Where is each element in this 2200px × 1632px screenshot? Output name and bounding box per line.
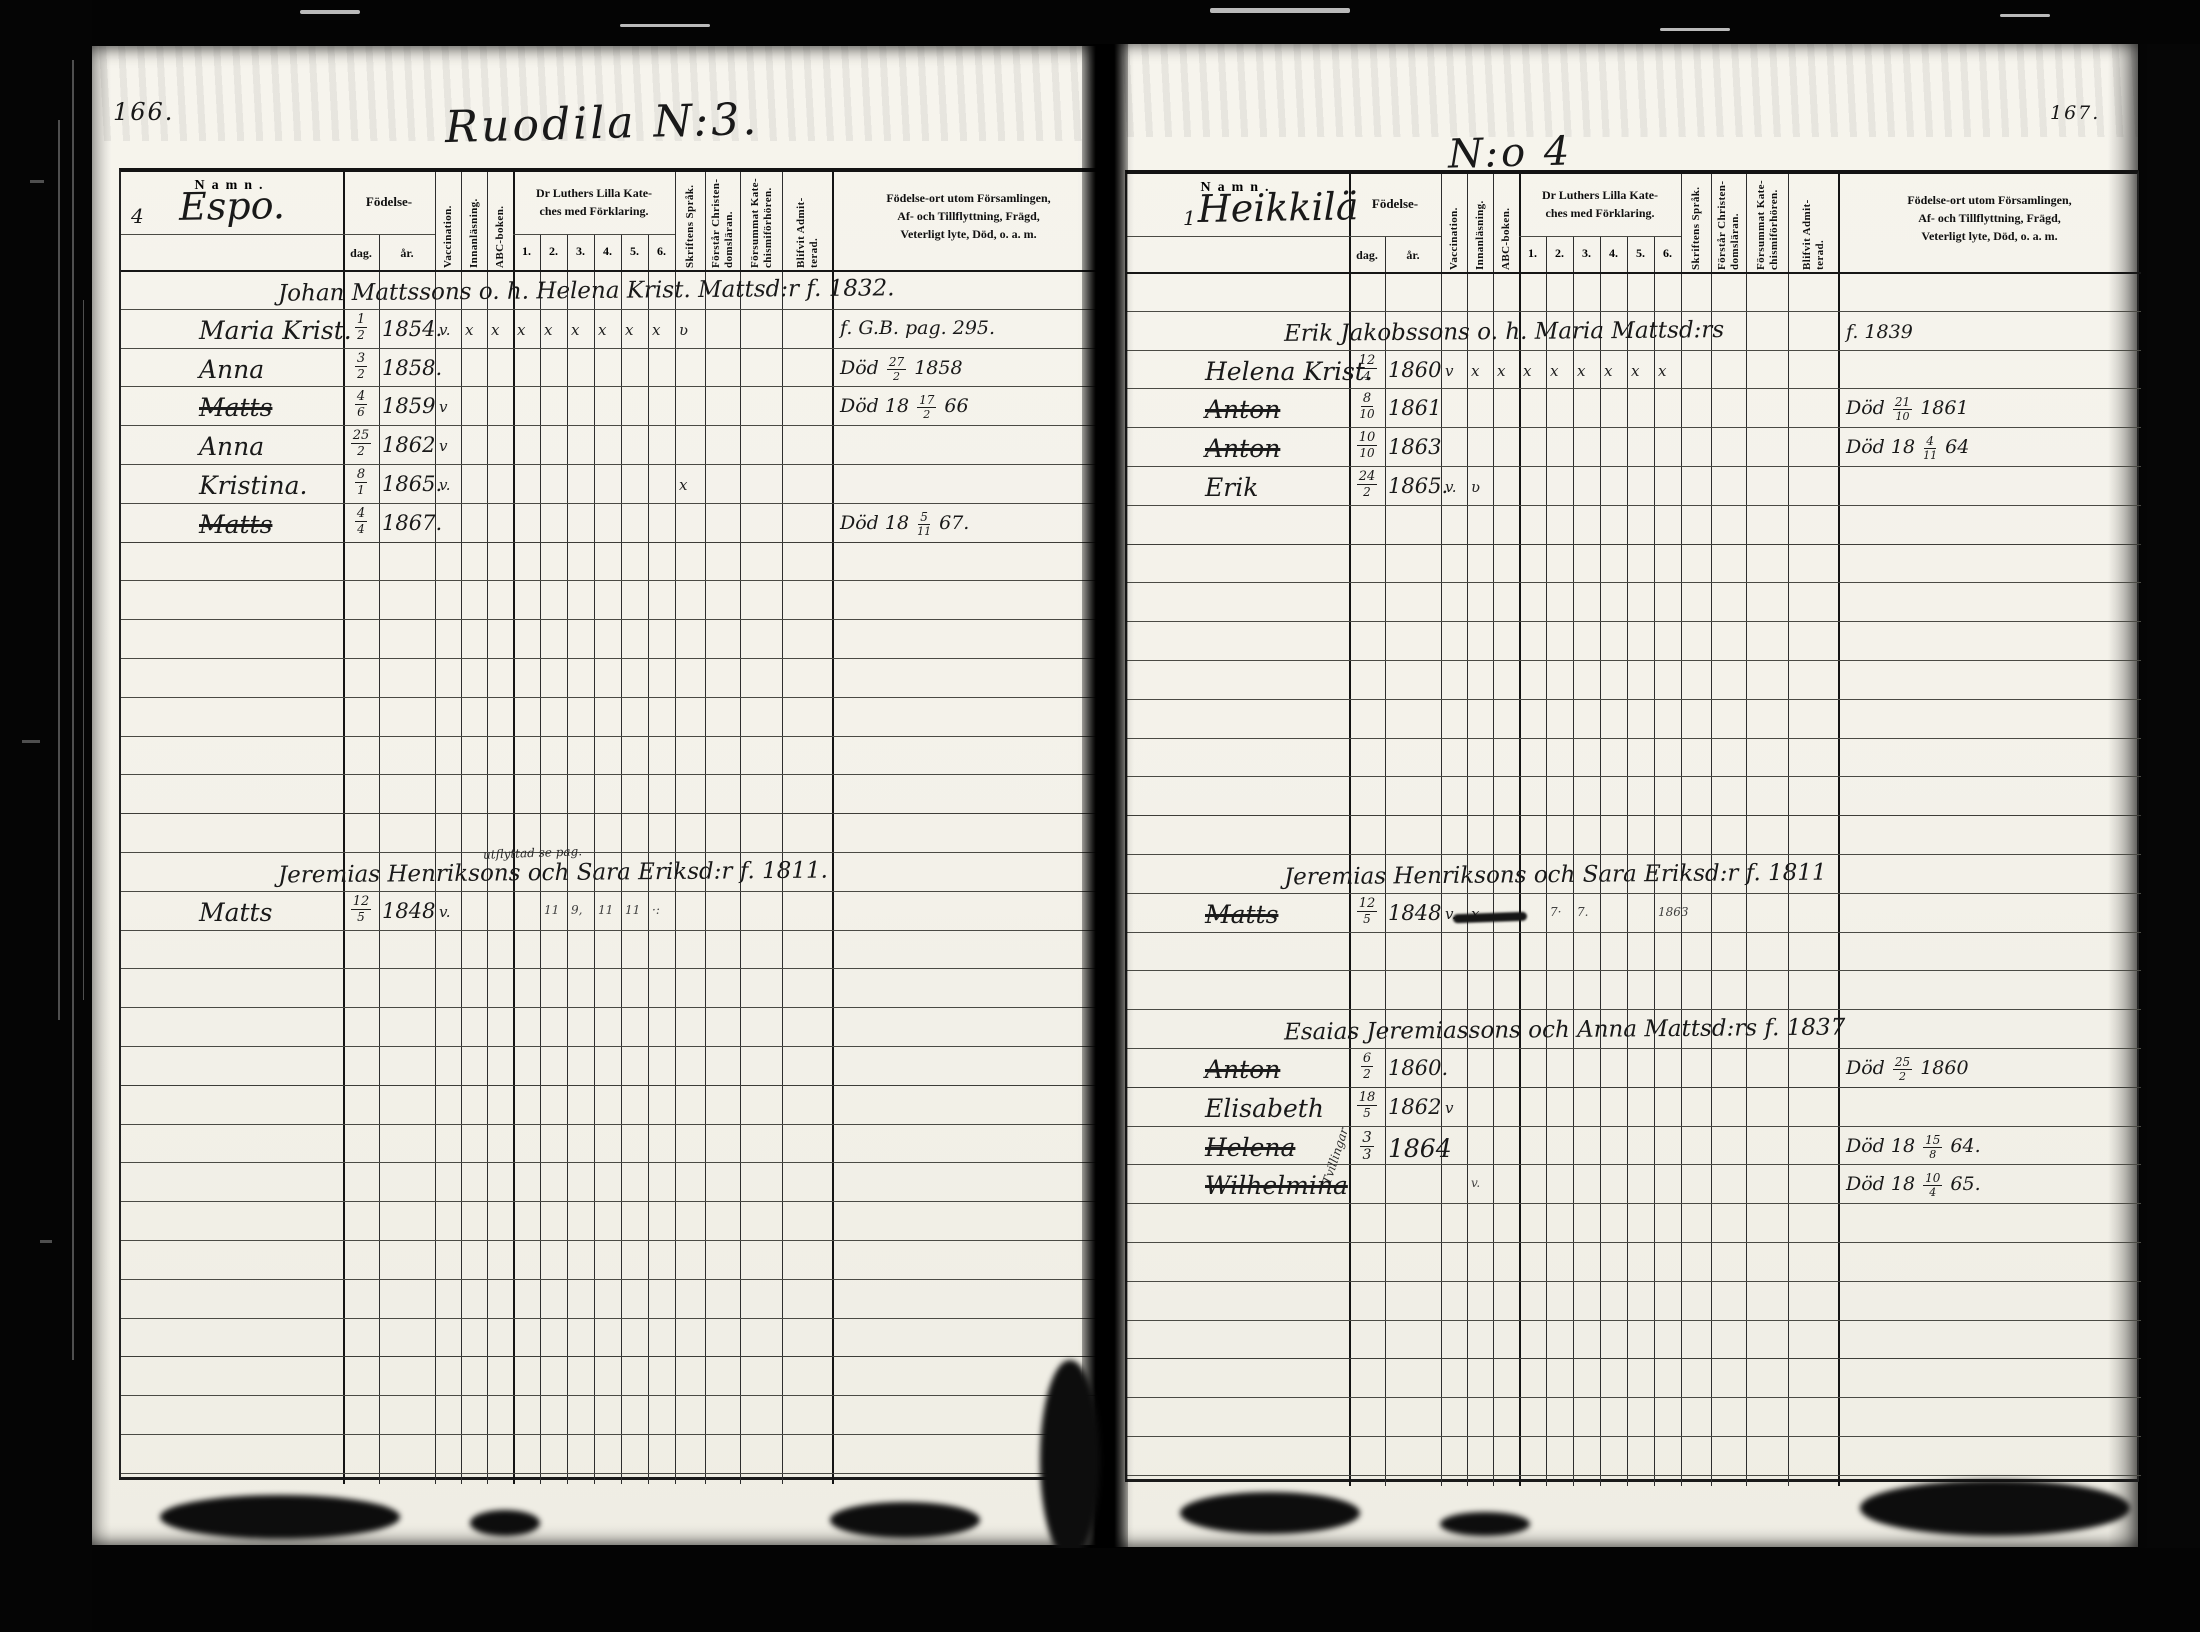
- katekes-number-4: 4.: [1600, 246, 1627, 261]
- column-header-forsummat-line2: chismiförhören.: [762, 174, 774, 268]
- mark-inn: v.: [1471, 1176, 1480, 1190]
- entry-name: Elisabeth: [1205, 1094, 1324, 1123]
- birth-year: 1862: [1388, 1095, 1441, 1119]
- mark-k5: x: [625, 321, 633, 339]
- column-line-k2: [1546, 236, 1547, 1486]
- katekes-number-5: 5.: [1627, 246, 1654, 261]
- birth-year: 1862: [382, 433, 435, 457]
- row-line: [1127, 1048, 2141, 1049]
- row-line: [121, 1356, 1105, 1357]
- birth-day-fraction: 252: [343, 429, 379, 457]
- column-header-skriftens-text: Skriftens Språk.: [1690, 176, 1702, 270]
- column-header-notes-line1: Födelse-ort utom Församlingen,: [832, 190, 1105, 207]
- row-line: [121, 425, 1105, 426]
- row-line: [1127, 776, 2141, 777]
- column-line-blifvit: [1788, 174, 1789, 1486]
- column-header-abc-boken: ABC-boken.: [487, 174, 513, 268]
- entry-name: Helena: [1205, 1133, 1295, 1162]
- birth-day-fraction: 125: [1349, 897, 1385, 925]
- row-line: [121, 1162, 1105, 1163]
- row-line: [121, 697, 1105, 698]
- katekes-number-4: 4.: [594, 244, 621, 259]
- birth-year: 1854.: [382, 317, 442, 341]
- row-line: [1127, 350, 2141, 351]
- scan-left-edge: [0, 0, 92, 1632]
- scan-streak: [2000, 14, 2050, 17]
- birth-day-fraction: 242: [1349, 470, 1385, 498]
- death-note: Död 252 1860: [1846, 1056, 1969, 1082]
- row-line: [121, 309, 1105, 310]
- column-header-forsummat-line2: chismiförhören.: [1768, 176, 1780, 270]
- header-bottom-rule: [121, 270, 1105, 272]
- column-line-forstar: [1711, 174, 1712, 1486]
- birth-year: 1860.: [1388, 1056, 1448, 1080]
- entry-name: Matts: [1205, 900, 1278, 929]
- birth-year: 1863: [1388, 435, 1441, 459]
- column-header-blifvit-line1: Blifvit Admit-: [1801, 176, 1813, 270]
- mark-k2: 11: [544, 903, 559, 917]
- birth-day-fraction: 32: [343, 352, 379, 380]
- column-header-ar: år.: [1385, 248, 1441, 263]
- birth-year: 1860: [1388, 358, 1441, 382]
- mark-inn: ʋ: [1471, 478, 1480, 496]
- katekes-number-3: 3.: [567, 244, 594, 259]
- column-line-notes: [832, 172, 834, 1484]
- katekes-number-6: 6.: [648, 244, 675, 259]
- page-number: 166.: [113, 98, 174, 126]
- column-line-ar: [1385, 236, 1386, 1486]
- mark-k3: 9,: [571, 903, 582, 917]
- fodelse-divider: [1127, 236, 1441, 237]
- row-line: [1127, 1164, 2141, 1165]
- fodelse-divider: [121, 234, 435, 235]
- birth-day-fraction: 46: [343, 390, 379, 418]
- row-line: [1127, 815, 2141, 816]
- entry-name: Matts: [199, 898, 272, 927]
- birth-year: 1848: [382, 899, 435, 923]
- row-line: [1127, 1281, 2141, 1282]
- column-header-notes-line2: Af- och Tillflyttning, Frägd,: [832, 208, 1105, 225]
- column-line-notes: [1838, 174, 1840, 1486]
- katekes-divider: [513, 234, 675, 235]
- row-line: [1127, 738, 2141, 739]
- household-name: Heikkilä: [1127, 184, 1390, 233]
- column-header-vaccination-text: Vaccination.: [442, 174, 454, 268]
- mark-vacc: v.: [439, 476, 450, 494]
- row-line: [1127, 311, 2141, 312]
- column-line-forstar: [705, 172, 706, 1484]
- column-header-dag: dag.: [343, 246, 379, 261]
- row-line: [1127, 1242, 2141, 1243]
- birth-year: 1865.: [1388, 474, 1448, 498]
- page-title: Ruodila N:3.: [444, 94, 759, 153]
- scan-streak: [620, 24, 710, 27]
- row-line: [1127, 466, 2141, 467]
- row-line: [121, 1124, 1105, 1125]
- mark-k1: x: [1523, 362, 1531, 380]
- mark-k6: x: [652, 321, 660, 339]
- row-line: [1127, 388, 2141, 389]
- column-header-notes-line1: Födelse-ort utom Församlingen,: [1838, 192, 2141, 209]
- page-number: 167.: [2050, 102, 2100, 124]
- birth-day-fraction: 1010: [1349, 431, 1385, 459]
- mark-k2: 7·: [1550, 905, 1561, 919]
- row-line: [1127, 699, 2141, 700]
- birth-day-fraction: 81: [343, 468, 379, 496]
- row-line: [121, 930, 1105, 931]
- mark-k6: 1863: [1658, 905, 1689, 919]
- row-line: [121, 852, 1105, 853]
- row-line: [1127, 660, 2141, 661]
- mark-k6: x: [1658, 362, 1666, 380]
- mark-vacc: v.: [1445, 478, 1456, 496]
- entry-name: Anton: [1205, 395, 1280, 424]
- scanned-church-record: 166. Ruodila N:3. Namn.Födelse-dag.år.Va…: [0, 0, 2200, 1632]
- column-line-abc: [1493, 174, 1494, 1486]
- birth-day-fraction: 33: [1349, 1130, 1385, 1162]
- column-header-blifvit-line2: terad.: [808, 174, 820, 268]
- row-line: [1127, 1087, 2141, 1088]
- column-header-forstar-line2: domsläran.: [1729, 176, 1741, 270]
- row-line: [121, 891, 1105, 892]
- column-header-dag: dag.: [1349, 248, 1385, 263]
- scan-streak: [1210, 8, 1350, 13]
- scan-top-edge: [0, 0, 2200, 44]
- scan-smudge: [1860, 1480, 2130, 1536]
- record-table-right: Namn.Födelse-dag.år.Vaccination.Innanläs…: [1125, 170, 2139, 1482]
- mark-k4: 11: [598, 903, 613, 917]
- katekes-number-6: 6.: [1654, 246, 1681, 261]
- column-header-skriftens: Skriftens Språk.: [675, 174, 705, 268]
- row-line: [121, 968, 1105, 969]
- header-bottom-rule: [1127, 272, 2141, 274]
- mark-k2: x: [1550, 362, 1558, 380]
- row-line: [121, 464, 1105, 465]
- birth-year: 1867.: [382, 511, 442, 535]
- row-line: [121, 542, 1105, 543]
- row-line: [1127, 621, 2141, 622]
- book-binding: [1082, 38, 1128, 1550]
- birth-day-fraction: 125: [343, 895, 379, 923]
- row-line: [121, 1007, 1105, 1008]
- family-header: Jeremias Henriksons och Sara Eriksd:r f.…: [1284, 860, 1827, 891]
- row-line: [1127, 1009, 2141, 1010]
- birth-year: 1864: [1388, 1134, 1452, 1163]
- row-line: [1127, 932, 2141, 933]
- birth-year: 1858.: [382, 356, 442, 380]
- katekes-number-2: 2.: [1546, 246, 1573, 261]
- mark-vacc: v: [439, 398, 447, 416]
- birth-year: 1865.: [382, 472, 442, 496]
- birth-day-fraction: 185: [1349, 1091, 1385, 1119]
- mark-k6: ·:: [652, 903, 660, 917]
- birth-year: 1861: [1388, 396, 1441, 420]
- mark-k1: x: [517, 321, 525, 339]
- column-header-forstar: Förstår Christen-domsläran.: [705, 174, 740, 268]
- column-line-inn: [461, 172, 462, 1484]
- column-header-innanlasning: Innanläsning.: [1467, 176, 1493, 270]
- column-line-inn: [1467, 174, 1468, 1486]
- row-line: [1127, 1475, 2141, 1476]
- mark-vacc: v.: [439, 903, 450, 921]
- entry-name: Matts: [199, 510, 272, 539]
- scan-bottom-edge: [0, 1548, 2200, 1632]
- row-line: [121, 658, 1105, 659]
- birth-day-fraction: 810: [1349, 392, 1385, 420]
- mark-k4: x: [598, 321, 606, 339]
- birth-day-fraction: 44: [343, 507, 379, 535]
- household-name: Espo.: [121, 182, 344, 230]
- row-line: [1127, 582, 2141, 583]
- column-header-forsummat: Försummat Kate-chismiförhören.: [740, 174, 782, 268]
- scan-smudge: [470, 1510, 540, 1536]
- column-header-katekes-line2: ches med Förklaring.: [513, 204, 675, 219]
- column-header-blifvit-line1: Blifvit Admit-: [795, 174, 807, 268]
- mark-inn: x: [465, 321, 473, 339]
- birth-day-fraction: 124: [1349, 354, 1385, 382]
- scan-streak: [300, 10, 360, 14]
- column-header-forsummat: Försummat Kate-chismiförhören.: [1746, 176, 1788, 270]
- left-page: 166. Ruodila N:3. Namn.Födelse-dag.år.Va…: [85, 46, 1100, 1545]
- mark-vacc: v: [1445, 362, 1453, 380]
- column-header-abc-boken-text: ABC-boken.: [1500, 176, 1512, 270]
- row-line: [1127, 970, 2141, 971]
- entry-name: Anna: [199, 355, 264, 384]
- record-table-left: Namn.Födelse-dag.år.Vaccination.Innanläs…: [119, 168, 1103, 1480]
- right-page: 167. N:o 4 Namn.Födelse-dag.år.Vaccinati…: [1108, 42, 2138, 1547]
- column-header-innanlasning: Innanläsning.: [461, 174, 487, 268]
- column-header-forstar-line2: domsläran.: [723, 174, 735, 268]
- mark-vacc: v: [439, 437, 447, 455]
- row-line: [121, 1201, 1105, 1202]
- row-line: [1127, 1397, 2141, 1398]
- mark-k3: x: [571, 321, 579, 339]
- row-line: [121, 1085, 1105, 1086]
- scan-smudge: [830, 1502, 980, 1538]
- column-header-forsummat-line1: Försummat Kate-: [749, 174, 761, 268]
- birth-day-fraction: 62: [1349, 1052, 1385, 1080]
- column-line-abc: [487, 172, 488, 1484]
- death-note: Död 18 104 65.: [1846, 1172, 1981, 1198]
- column-header-blifvit-line2: terad.: [1814, 176, 1826, 270]
- row-line: [121, 1279, 1105, 1280]
- column-line-blifvit: [782, 172, 783, 1484]
- column-header-innanlasning-text: Innanläsning.: [1474, 176, 1486, 270]
- row-line: [1127, 854, 2141, 855]
- row-line: [1127, 505, 2141, 506]
- column-header-abc-boken: ABC-boken.: [1493, 176, 1519, 270]
- column-header-notes-line3: Veterligt lyte, Död, o. a. m.: [1838, 228, 2141, 245]
- column-header-innanlasning-text: Innanläsning.: [468, 174, 480, 268]
- column-header-vaccination: Vaccination.: [1441, 176, 1467, 270]
- birth-year: 1859: [382, 394, 435, 418]
- row-line: [1127, 1358, 2141, 1359]
- death-note: Död 272 1858: [840, 356, 963, 382]
- mark-k2: x: [544, 321, 552, 339]
- row-line: [121, 1046, 1105, 1047]
- column-header-notes-line2: Af- och Tillflyttning, Frägd,: [1838, 210, 2141, 227]
- katekes-number-1: 1.: [513, 244, 540, 259]
- death-note: Död 18 511 67.: [840, 511, 969, 537]
- row-line: [121, 774, 1105, 775]
- entry-name: Maria Krist.: [199, 316, 352, 345]
- family-header: Erik Jakobssons o. h. Maria Mattsd:rs: [1284, 317, 1724, 347]
- mark-inn: x: [1471, 362, 1479, 380]
- column-header-forsummat-line1: Försummat Kate-: [1755, 176, 1767, 270]
- mark-k5: x: [1631, 362, 1639, 380]
- katekes-number-2: 2.: [540, 244, 567, 259]
- row-line: [121, 386, 1105, 387]
- family-header: Johan Mattssons o. h. Helena Krist. Matt…: [278, 275, 895, 306]
- row-line: [121, 813, 1105, 814]
- mark-abc: x: [491, 321, 499, 339]
- scan-smudge: [1180, 1492, 1360, 1534]
- row-line: [121, 1240, 1105, 1241]
- mark-k3: 7.: [1577, 905, 1588, 919]
- column-header-notes-line3: Veterligt lyte, Död, o. a. m.: [832, 226, 1105, 243]
- row-line: [121, 619, 1105, 620]
- mark-vacc: v: [1445, 1099, 1453, 1117]
- birth-day-fraction: 12: [343, 313, 379, 341]
- entry-name: Helena Krist.: [1205, 357, 1373, 386]
- column-line-forsummat: [1746, 174, 1747, 1486]
- column-line-skrift: [1681, 174, 1682, 1486]
- entry-name: Anna: [199, 432, 264, 461]
- entry-name: Matts: [199, 393, 272, 422]
- scan-smudge: [160, 1495, 400, 1539]
- column-header-katekes-line1: Dr Luthers Lilla Kate-: [1519, 188, 1681, 203]
- row-line: [121, 1473, 1105, 1474]
- family-header: Jeremias Henriksons och Sara Eriksd:r f.…: [278, 858, 828, 889]
- column-header-katekes-line2: ches med Förklaring.: [1519, 206, 1681, 221]
- column-header-abc-boken-text: ABC-boken.: [494, 174, 506, 268]
- scan-smudge: [1440, 1512, 1530, 1536]
- column-header-katekes-line1: Dr Luthers Lilla Kate-: [513, 186, 675, 201]
- reference-note: f. G.B. pag. 295.: [840, 317, 995, 339]
- entry-name: Anton: [1205, 434, 1280, 463]
- column-header-blifvit: Blifvit Admit-terad.: [1788, 176, 1838, 270]
- column-line-k1: [1519, 174, 1521, 1486]
- row-line: [121, 348, 1105, 349]
- mark-abc: x: [1497, 362, 1505, 380]
- mark-skrift: ʋ: [679, 321, 688, 339]
- katekes-number-5: 5.: [621, 244, 648, 259]
- column-header-vaccination-text: Vaccination.: [1448, 176, 1460, 270]
- entry-name: Erik: [1205, 473, 1258, 502]
- scan-streak: [1660, 28, 1730, 31]
- death-note: Död 18 411 64: [1846, 435, 1969, 461]
- row-line: [121, 736, 1105, 737]
- mark-k3: x: [1577, 362, 1585, 380]
- column-header-forstar: Förstår Christen-domsläran.: [1711, 176, 1746, 270]
- row-line: [121, 1318, 1105, 1319]
- column-header-skriftens: Skriftens Språk.: [1681, 176, 1711, 270]
- family-header: Esaias Jeremiassons och Anna Mattsd:rs f…: [1284, 1015, 1845, 1046]
- row-line: [1127, 544, 2141, 545]
- column-header-forstar-line1: Förstår Christen-: [710, 174, 722, 268]
- row-line: [1127, 427, 2141, 428]
- katekes-divider: [1519, 236, 1681, 237]
- entry-name: Wilhelmina: [1205, 1171, 1348, 1200]
- katekes-number-1: 1.: [1519, 246, 1546, 261]
- row-line: [121, 1395, 1105, 1396]
- death-note: Död 2110 1861: [1846, 396, 1969, 422]
- row-line: [1127, 1436, 2141, 1437]
- row-line: [121, 1434, 1105, 1435]
- row-line: [1127, 1203, 2141, 1204]
- page-noise: [1108, 42, 2138, 137]
- row-line: [1127, 1126, 2141, 1127]
- scan-smudge: [1040, 1360, 1100, 1560]
- row-line: [121, 503, 1105, 504]
- column-line-skrift: [675, 172, 676, 1484]
- mark-vacc: v.: [439, 321, 450, 339]
- column-header-fodelse: Födelse-: [343, 194, 435, 210]
- birth-year: 1848: [1388, 901, 1441, 925]
- column-header-vaccination: Vaccination.: [435, 174, 461, 268]
- mark-k5: 11: [625, 903, 640, 917]
- row-line: [121, 580, 1105, 581]
- katekes-number-3: 3.: [1573, 246, 1600, 261]
- death-note: Död 18 158 64.: [1846, 1134, 1981, 1160]
- row-line: [1127, 893, 2141, 894]
- column-header-blifvit: Blifvit Admit-terad.: [782, 174, 832, 268]
- scribble-mark: [1453, 912, 1527, 924]
- column-line-forsummat: [740, 172, 741, 1484]
- column-line-k1: [513, 172, 515, 1484]
- column-line-ar: [379, 234, 380, 1484]
- column-header-skriftens-text: Skriftens Språk.: [684, 174, 696, 268]
- entry-name: Kristina.: [199, 471, 307, 500]
- mark-k4: x: [1604, 362, 1612, 380]
- mark-skrift: x: [679, 476, 687, 494]
- column-header-ar: år.: [379, 246, 435, 261]
- column-header-forstar-line1: Förstår Christen-: [1716, 176, 1728, 270]
- row-line: [1127, 1320, 2141, 1321]
- entry-name: Anton: [1205, 1055, 1280, 1084]
- death-note: Död 18 172 66: [840, 394, 969, 420]
- family-note: f. 1839: [1846, 321, 1913, 343]
